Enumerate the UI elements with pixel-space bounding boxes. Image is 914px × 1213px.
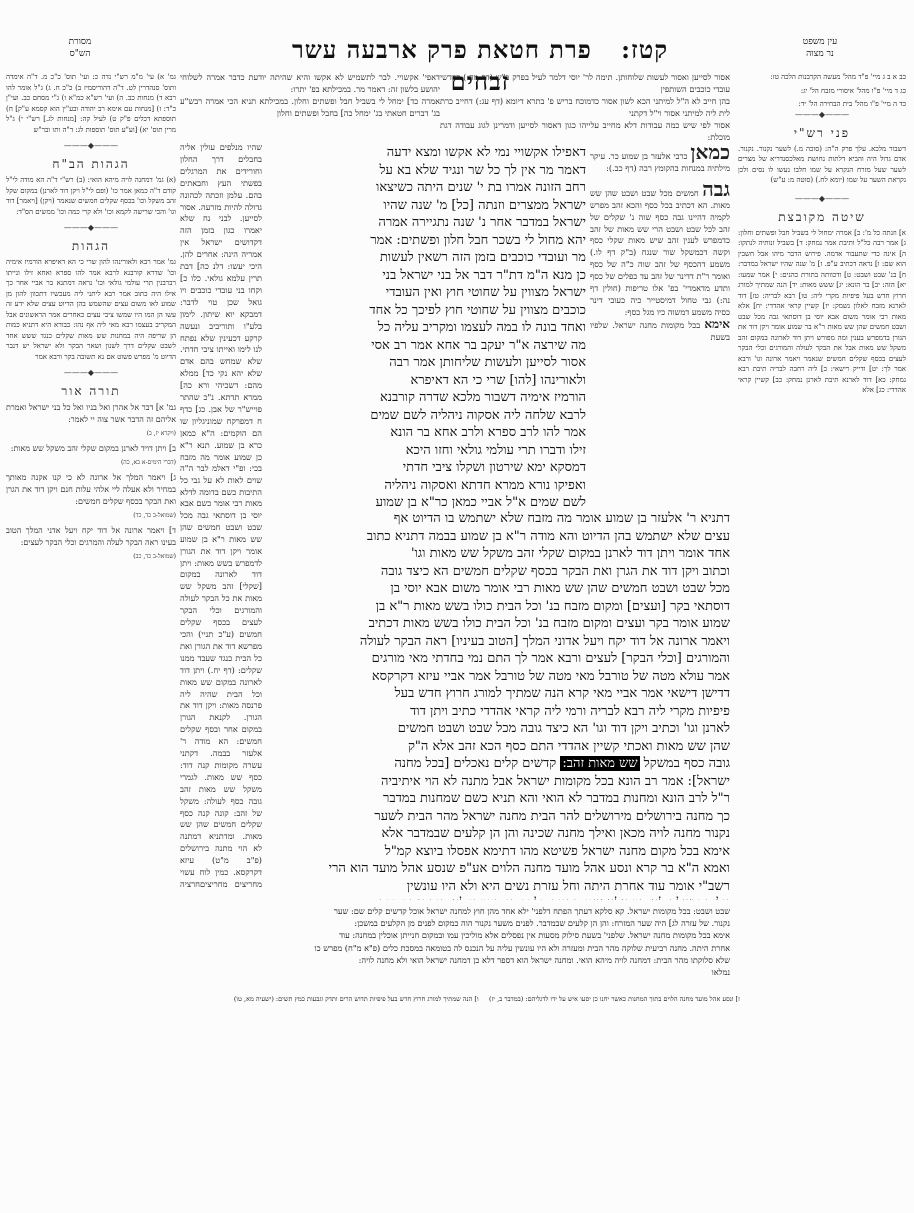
- tosafot-aima: אימא בכל מקומות מחנה ישראל. שלפיו בשעת: [590, 319, 730, 344]
- masoret-hashas-body: גמ' א) עי' מ"מ רש"י נדה כ: ועי' תוס' כ"כ…: [6, 72, 176, 135]
- gemara-line: אימא בכל מקום מחנה ישראל פשיטא מהו דתימא…: [264, 843, 730, 861]
- dibbur-hamatchil: אימא: [704, 317, 730, 331]
- hagahot-body: גמ' אמר רבא ולאורינהו להון שרי כי הא דאי…: [6, 257, 176, 362]
- gemara-line: לארנן וגו' וכתיב ויקן דוד וגו' הא כיצד ג…: [264, 720, 730, 738]
- ornament-divider: ———◆———: [6, 368, 176, 378]
- masoret-label: מסורת הש"ס: [40, 36, 120, 60]
- verse-source: (ויקרא יז, ב): [6, 429, 176, 438]
- hagahot-habach-body: (א) גמ' דמחנה לויה מיהא הואי: (ב) רש"י ד…: [6, 175, 176, 217]
- gemara-line: והמורגים [וכלי הבקר] לעצים ורבא אמר לך ה…: [264, 650, 730, 668]
- rashi-line: אמרה כד] ימחל לי בשביל חבל ופשתים וחלון.…: [180, 96, 440, 120]
- footer-verse: ו] הנה שמתיך למורג חרוץ חדש בעל פיפיות ת…: [234, 995, 479, 1003]
- rashi-top: דאפי' אקשויי. לבר לתשמיש לא אקשו והיא שה…: [180, 72, 440, 142]
- rashi-body: שהיו מנלפים עולין אליה בחבלים דרך החלון …: [180, 142, 262, 497]
- gemara-line: ר"ל לרב הונא ומחנות במדבר לא הואי והא תנ…: [264, 790, 730, 808]
- gemara-line: ואחד בונה לו במה לעצמו ומקריב עליה כל: [264, 319, 586, 337]
- gemara-line: ולאורינהו [להו] שרי כי הא דאיפרא: [264, 372, 586, 390]
- ein-mishpat-block: כב א ב ג מיי' פ"ד מהל' מעשה הקרבנות הלכה…: [738, 72, 906, 110]
- left-margin: גמ' א) עי' מ"מ רש"י נדה כ: ועי' תוס' כ"כ…: [6, 72, 176, 1012]
- gemara-line: אחד אומר ויתן דוד לארנן במקום שקלי זהב מ…: [264, 545, 730, 563]
- ein-mishpat-label: עין משפט נר מצוה: [780, 36, 860, 60]
- ornament-divider: ———◆———: [738, 110, 906, 120]
- gemara-line: ישראל]: אמר רב הונא בכל מקומות ישראל אבל…: [264, 773, 730, 791]
- tosafot-line: אסור לסייען ואסור לעשות שלוחותן. תימה לר…: [440, 72, 730, 96]
- gemara-line: כך מחנה בירושלים מירושלים להר הבית מחנה …: [264, 808, 730, 826]
- hashas-text: הש"ס: [40, 48, 120, 60]
- rashi-line: שבט ושבט: בכל מקומות ישראל. קא סלקא דעתך…: [180, 905, 730, 917]
- gemara-text: דאפילו אקשויי נמי לא אקשו ומצא ידעה דאמר…: [264, 144, 586, 514]
- gemara-line: לרבא שלחה ליה אסקוה ניהליה לשם שמים: [264, 407, 586, 425]
- gemara-text-fragment: גובה כסף במשקל: [644, 756, 730, 771]
- talmud-page: עין משפט נר מצוה קטז: פרת חטאת פרק ארבעה…: [0, 0, 914, 1213]
- gemara-line: עצים שלא ישתמש בהן הדיוט והא מודה ר"א בן…: [264, 528, 730, 546]
- rashi-line: אחרת היתה. מחנה רביעית שלוקה מהר הבית ומ…: [180, 942, 730, 954]
- gemara-line: שמוע אומר בקר ועצים ומקום מזבח בנ' וכל ה…: [264, 615, 730, 633]
- right-margin: כב א ב ג מיי' פ"ד מהל' מעשה הקרבנות הלכה…: [738, 72, 906, 852]
- verse-source: (דברי הימים-א כא, כה): [6, 458, 176, 467]
- rashi-line: נקנור. של עזרה לג] היה שער המזרח: והן הן…: [180, 917, 730, 929]
- gemara-line: הורמיז אימיה דשבור מלכא שדרה קורבנא: [264, 389, 586, 407]
- gemara-line: שהן שש מאות ואכתי קשיין אהדדי התם כסף הכ…: [264, 738, 730, 756]
- rashi-lower-body: מאות רבי אומר כשם אבא יוסי בן דוסתאי גבה…: [180, 498, 262, 888]
- gemara-line: דאפילו אקשויי נמי לא אקשו ומצא ידעה: [264, 144, 586, 162]
- rashi-bottom-strip: שבט ושבט: בכל מקומות ישראל. קא סלקא דעתך…: [180, 905, 730, 978]
- gemara-line: דוסתאי בקר [ועצים] ומקום מזבח בנ' וכל הב…: [264, 598, 730, 616]
- ornament-divider: ———◆———: [6, 141, 176, 151]
- tosafot-line: בהן חייב לא ה"ל למיתני הכא לשון אסור כדמ…: [440, 96, 730, 120]
- gemara-line: עליה ובשלה לא היו אלא שני מחנות בלבד הי …: [264, 895, 730, 900]
- shita-mekubetzet-body: א] וזנתה כל מ': ב] אמרה ימחול לי בשביל ח…: [738, 228, 906, 396]
- gemara-wide-text: דתניא ר' אלעזר בן שמוע אומר מה מזבח שלא …: [264, 510, 730, 900]
- shita-mekubetzet-title: שיטה מקובצת: [738, 208, 906, 226]
- ornament-divider: ———◆———: [6, 223, 176, 233]
- gemara-line: דדישן דישאי אמר אביי מאי קרא הנה שמתיך ל…: [264, 685, 730, 703]
- tosafot-text: חמשים מכל שבט ושבט שהן שש מאות. הא דכתיב…: [590, 188, 730, 317]
- footer-verses: ז] ונסע אהל מועד מחנה הלוים בתוך המחנות …: [180, 995, 740, 1004]
- rashi-line: דאפי' אקשויי. לבר לתשמיש לא אקשו והיא שה…: [180, 72, 440, 96]
- gemara-line: רשב"י אומר עוד אחרת היתה וחל עזרת נשים ה…: [264, 878, 730, 896]
- tosafot-column: כמאן כרבי אלעזר בן שמוע כר. עיקר מילתיה …: [590, 142, 730, 487]
- gemara-line: ואפיקו נורא ממרא חדתא ואסקוה ניהליה: [264, 477, 586, 495]
- ein-mishpat-entry: כד ה מיי' פ"ו מהל' בית הבחירה הל' יד:: [738, 99, 906, 110]
- verse-text: ד] ויאמר ארונה אל דוד יקח ויעל אדני המלך…: [6, 525, 176, 549]
- pnei-rashi-body: דשבור מלכא. עלך פרק ה"ה: (סוכה מ.) לשער …: [738, 144, 906, 186]
- gemara-line: יהא מחול לי בשכר חבל חלון ופשתים: אמר: [264, 232, 586, 250]
- gemara-line: כוכבים מצווין על שחוטי חוץ לפיכך כל אחד: [264, 302, 586, 320]
- gemara-line: ויאמר ארונה אל דוד יקח ויעל אדוני המלך […: [264, 633, 730, 651]
- gemara-line: ואמא ה"א בר קרא ונסע אהל מועד מחנה הלוים…: [264, 860, 730, 878]
- daf-number: קטז:: [621, 35, 668, 64]
- rashi-line: שלא סלוקתו מהר הבית: דמחנה לויה מיהא הוא…: [180, 954, 730, 966]
- tosafot-line: אסור לפי שיש כמה עבודות דלא מחייב עלייהו…: [440, 120, 730, 144]
- ner-mitzvah-text: נר מצוה: [780, 48, 860, 60]
- gemara-line: ישראל במדבר אחר נ' שנה נתגיירה אמרה: [264, 214, 586, 232]
- gemara-line-highlight: גובה כסף במשקל שש מאות זהב: קדשים קלים נ…: [264, 755, 730, 773]
- verse-text: ג] ויאמר המלך אל ארונה לא כי קנו אקנה מא…: [6, 472, 176, 508]
- hagahot-habach-title: הגהות הב"ח: [6, 155, 176, 173]
- gemara-line: נקנור מחנה לויה מכאן ואילך מחנה שכינה וה…: [264, 825, 730, 843]
- gemara-line: דתניא ר' אלעזר בן שמוע אומר מה מזבח שלא …: [264, 510, 730, 528]
- gemara-line: אמר להו לרב ספרא ולרב אחא בר הונא: [264, 424, 586, 442]
- masoret-text: מסורת: [40, 36, 120, 48]
- gemara-line: לשם שמים א"ל אביי כמאן כר"א בן שמוע: [264, 494, 586, 512]
- ein-mishpat-entry: כב א ב ג מיי' פ"ד מהל' מעשה הקרבנות הלכה…: [738, 72, 906, 83]
- gemara-line: דמסקא ימא שירטון ושקלו ציבי חדתי: [264, 459, 586, 477]
- page-header: עין משפט נר מצוה קטז: פרת חטאת פרק ארבעה…: [0, 34, 914, 70]
- gemara-line: מר ועובדי כוכבים בזמן הזה רשאין לעשות: [264, 249, 586, 267]
- tosafot-kman: כמאן כרבי אלעזר בן שמוע כר. עיקר מילתיה …: [590, 142, 730, 175]
- hagahot-title: הגהות: [6, 237, 176, 255]
- mishnah-highlight: שש מאות זהב:: [560, 756, 639, 771]
- verse-text: גמ' א] דבר אל אהרן ואל בניו ואל כל בני י…: [6, 402, 176, 426]
- pnei-rashi-title: פני רש"י: [738, 124, 906, 142]
- rashi-lower-column: מאות רבי אומר כשם אבא יוסי בן דוסתאי גבה…: [180, 498, 262, 888]
- gemara-line: אמר עולא מטה של טורבל מאי מטה של טורבל א…: [264, 668, 730, 686]
- dibbur-hamatchil: גבה: [702, 177, 730, 201]
- tosafot-gavha: גבה חמשים מכל שבט ושבט שהן שש מאות. הא ד…: [590, 179, 730, 319]
- gemara-text-fragment: קדשים קלים נאכלים [בכל מחנה: [394, 756, 556, 771]
- gemara-line: כן מנא ה"מ דת"ר דבר אל בני ישראל בני: [264, 267, 586, 285]
- gemara-line: פיפיות מקרי ליה רבא לבריה ורמי ליה קראי …: [264, 703, 730, 721]
- torah-or-title: תורה אור: [6, 382, 176, 400]
- torah-or-verses: גמ' א] דבר אל אהרן ואל בניו ואל כל בני י…: [6, 402, 176, 561]
- gemara-line: זילו ודברו תרי עולמי גולאי וחזו היכא: [264, 442, 586, 460]
- rashi-line: אימא בכל מקומות מחנה ישראל. שלפני' בשעת …: [180, 929, 730, 941]
- verse-text: ב] ויתן דויד לארנן במקום שקלי זהב משקל ש…: [6, 443, 176, 455]
- gemara-line: רחב הזונה אמרו בת י' שנים היתה כשיצאו: [264, 179, 586, 197]
- verse-source: (שמואל-ב כד, כב): [6, 552, 176, 561]
- verse-source: (שמואל-ב כד, כד): [6, 511, 176, 520]
- gemara-line: וכתוב ויקן דוד את הגרן ואת הבקר בכסף שקל…: [264, 563, 730, 581]
- chapter-name: פרת חטאת פרק ארבעה עשר: [292, 35, 592, 64]
- rashi-column: שהיו מנלפים עולין אליה בחבלים דרך החלון …: [180, 142, 262, 497]
- gemara-line: מה שירצה א"ר יעקב בר אחא אמר רב אסי: [264, 337, 586, 355]
- ein-mishpat-text: עין משפט: [780, 36, 860, 48]
- gemara-line: ישראל מצווין על שחוטי חוץ ואין העובדי: [264, 284, 586, 302]
- gemara-line: מכל שבט ושבט חמשים שהן שש מאות רבי אומר …: [264, 580, 730, 598]
- ornament-divider: ———◆———: [738, 194, 906, 204]
- gemara-line: דאמר מר אין לך כל שר ונגיד שלא בא על: [264, 162, 586, 180]
- gemara-line: ישראל ממצרים וזנתה [כל] מ' שנה שהיו: [264, 197, 586, 215]
- gemara-line: אסור לסייען ולעשות שליחותן אמר רבה: [264, 354, 586, 372]
- ein-mishpat-entry: כג ד מיי' פ"ו מהל' איסורי מזבח הל' יג:: [738, 86, 906, 97]
- catchword: נמלאו: [180, 966, 730, 978]
- dibbur-hamatchil: כמאן: [690, 142, 730, 164]
- footer-verse: ז] ונסע אהל מועד מחנה הלוים בתוך המחנות …: [489, 995, 740, 1003]
